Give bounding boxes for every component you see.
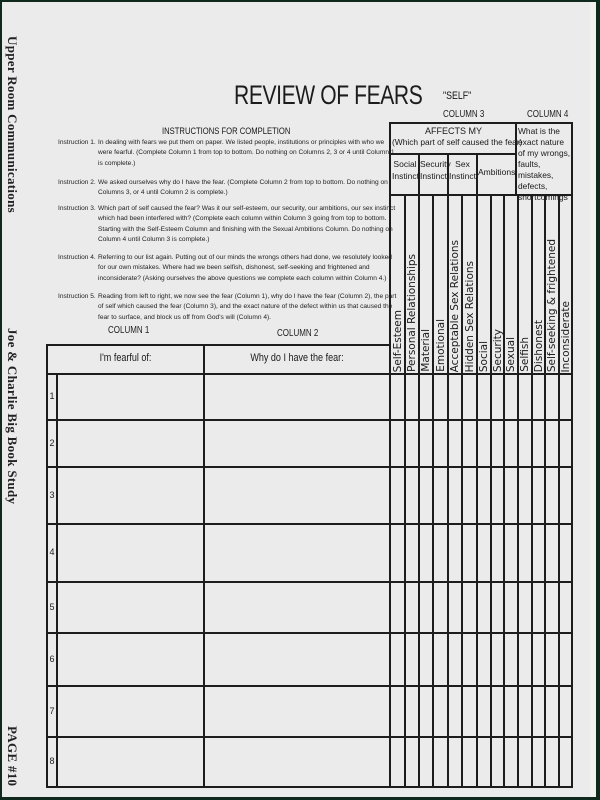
self-check-cell[interactable] bbox=[559, 467, 572, 524]
self-check-cell[interactable] bbox=[419, 467, 433, 524]
self-check-cell[interactable] bbox=[477, 524, 491, 582]
self-check-cell[interactable] bbox=[462, 524, 477, 582]
self-check-cell[interactable] bbox=[504, 467, 518, 524]
self-check-cell[interactable] bbox=[559, 737, 572, 787]
self-check-cell[interactable] bbox=[462, 633, 477, 686]
self-check-cell[interactable] bbox=[477, 582, 491, 633]
affects-divider bbox=[389, 153, 516, 155]
self-check-cell[interactable] bbox=[532, 737, 545, 787]
row-number: 3 bbox=[47, 490, 57, 500]
self-check-cell[interactable] bbox=[518, 524, 532, 582]
self-check-cell[interactable] bbox=[504, 686, 518, 737]
column-1-header: I'm fearful of: bbox=[62, 352, 189, 364]
reason-input-cell[interactable] bbox=[204, 524, 389, 582]
self-check-cell[interactable] bbox=[433, 374, 448, 420]
instruction-label: Instruction 4. bbox=[58, 253, 96, 263]
self-check-cell[interactable] bbox=[391, 582, 405, 633]
self-check-cell[interactable] bbox=[491, 737, 504, 787]
self-check-cell[interactable] bbox=[405, 582, 419, 633]
vertical-header-label: Selfish bbox=[519, 337, 532, 372]
self-check-cell[interactable] bbox=[559, 582, 572, 633]
group-ambitions: Ambitions bbox=[478, 166, 515, 178]
self-check-cell[interactable] bbox=[462, 467, 477, 524]
self-check-cell[interactable] bbox=[518, 582, 532, 633]
vertical-header-label: Sexual bbox=[505, 337, 518, 372]
vertical-header-label: Dishonest bbox=[533, 320, 545, 372]
table-row: 8 bbox=[46, 737, 573, 787]
self-check-cell[interactable] bbox=[532, 467, 545, 524]
self-check-cell[interactable] bbox=[448, 737, 462, 787]
self-check-cell[interactable] bbox=[419, 737, 433, 787]
instruction-label: Instruction 5. bbox=[58, 292, 96, 302]
self-check-cell[interactable] bbox=[419, 524, 433, 582]
self-check-cell[interactable] bbox=[559, 686, 572, 737]
self-check-cell[interactable] bbox=[391, 420, 405, 467]
self-check-cell[interactable] bbox=[532, 374, 545, 420]
self-check-cell[interactable] bbox=[491, 686, 504, 737]
self-check-cell[interactable] bbox=[504, 737, 518, 787]
fear-input-cell[interactable] bbox=[57, 737, 203, 787]
self-check-cell[interactable] bbox=[448, 420, 462, 467]
self-check-cell[interactable] bbox=[491, 633, 504, 686]
row-number: 1 bbox=[47, 391, 57, 401]
instruction-text: In dealing with fears we put them on pap… bbox=[98, 138, 398, 169]
self-check-cell[interactable] bbox=[405, 633, 419, 686]
self-check-cell[interactable] bbox=[545, 467, 559, 524]
self-check-cell[interactable] bbox=[532, 633, 545, 686]
reason-input-cell[interactable] bbox=[204, 633, 389, 686]
row-number: 2 bbox=[47, 438, 57, 448]
self-check-cell[interactable] bbox=[448, 582, 462, 633]
self-check-cell[interactable] bbox=[462, 582, 477, 633]
self-check-cell[interactable] bbox=[448, 524, 462, 582]
self-check-cell[interactable] bbox=[518, 374, 532, 420]
column-4-label: COLUMN 4 bbox=[527, 109, 568, 120]
self-check-cell[interactable] bbox=[518, 467, 532, 524]
table-row: 3 bbox=[46, 467, 573, 524]
self-check-cell[interactable] bbox=[532, 582, 545, 633]
self-check-cell[interactable] bbox=[433, 582, 448, 633]
self-check-cell[interactable] bbox=[391, 467, 405, 524]
fear-input-cell[interactable] bbox=[57, 374, 203, 420]
self-check-cell[interactable] bbox=[391, 686, 405, 737]
self-check-cell[interactable] bbox=[477, 467, 491, 524]
table-row: 5 bbox=[46, 582, 573, 633]
row-number: 5 bbox=[47, 602, 57, 612]
self-check-cell[interactable] bbox=[532, 524, 545, 582]
column-2-header: Why do I have the fear: bbox=[222, 352, 373, 364]
self-check-cell[interactable] bbox=[433, 420, 448, 467]
group-social-instinct: Social Instinct bbox=[392, 158, 418, 182]
column-4-header: What is the exact nature of my wrongs, f… bbox=[518, 126, 572, 203]
self-check-cell[interactable] bbox=[419, 374, 433, 420]
self-check-cell[interactable] bbox=[504, 374, 518, 420]
self-check-cell[interactable] bbox=[391, 737, 405, 787]
instruction-label: Instruction 1. bbox=[58, 138, 96, 148]
table-row: 4 bbox=[46, 524, 573, 582]
self-check-cell[interactable] bbox=[433, 686, 448, 737]
instruction-text: Referring to our list again. Putting out… bbox=[98, 253, 398, 284]
column-3-label: COLUMN 3 bbox=[443, 109, 484, 120]
self-check-cell[interactable] bbox=[532, 420, 545, 467]
self-check-cell[interactable] bbox=[419, 582, 433, 633]
self-check-cell[interactable] bbox=[545, 686, 559, 737]
page-number-side-text: PAGE #10 bbox=[4, 726, 20, 786]
self-check-cell[interactable] bbox=[504, 633, 518, 686]
vertical-header-label: Self-seeking & frightened bbox=[546, 239, 559, 372]
self-check-cell[interactable] bbox=[491, 374, 504, 420]
self-check-cell[interactable] bbox=[419, 420, 433, 467]
self-check-cell[interactable] bbox=[491, 524, 504, 582]
self-check-cell[interactable] bbox=[477, 686, 491, 737]
group-sex-instinct: Sex Instinct bbox=[449, 158, 476, 182]
affects-header-line1: AFFECTS MY bbox=[392, 126, 515, 137]
self-check-cell[interactable] bbox=[518, 420, 532, 467]
table-row: 7 bbox=[46, 686, 573, 737]
reason-input-cell[interactable] bbox=[204, 737, 389, 787]
self-check-cell[interactable] bbox=[405, 737, 419, 787]
table-top-border bbox=[46, 344, 391, 346]
instruction-text: Reading from left to right, we now see t… bbox=[98, 292, 398, 323]
self-check-cell[interactable] bbox=[559, 524, 572, 582]
self-check-cell[interactable] bbox=[491, 467, 504, 524]
row-number: 6 bbox=[47, 654, 57, 664]
vertical-header-label: Security bbox=[492, 329, 504, 372]
self-check-cell[interactable] bbox=[559, 633, 572, 686]
affects-header-line2: (Which part of self caused the fear) bbox=[392, 137, 515, 148]
self-check-cell[interactable] bbox=[559, 420, 572, 467]
fear-input-cell[interactable] bbox=[57, 633, 203, 686]
self-check-cell[interactable] bbox=[391, 633, 405, 686]
row-number: 4 bbox=[47, 547, 57, 557]
fear-input-cell[interactable] bbox=[57, 686, 203, 737]
self-check-cell[interactable] bbox=[433, 467, 448, 524]
reason-input-cell[interactable] bbox=[204, 374, 389, 420]
self-check-cell[interactable] bbox=[504, 582, 518, 633]
self-check-cell[interactable] bbox=[419, 633, 433, 686]
self-check-cell[interactable] bbox=[448, 686, 462, 737]
table-row: 2 bbox=[46, 420, 573, 467]
reason-input-cell[interactable] bbox=[204, 582, 389, 633]
reason-input-cell[interactable] bbox=[204, 467, 389, 524]
self-check-cell[interactable] bbox=[518, 737, 532, 787]
row-number: 7 bbox=[47, 706, 57, 716]
right-margin bbox=[590, 2, 596, 797]
self-check-cell[interactable] bbox=[477, 420, 491, 467]
vertical-header-label: Material bbox=[420, 329, 433, 372]
self-check-cell[interactable] bbox=[433, 524, 448, 582]
publisher-side-text: Upper Room Communications bbox=[4, 36, 20, 213]
study-side-text: Joe & Charlie Big Book Study bbox=[4, 328, 20, 504]
reason-input-cell[interactable] bbox=[204, 420, 389, 467]
self-check-cell[interactable] bbox=[405, 686, 419, 737]
self-check-cell[interactable] bbox=[405, 374, 419, 420]
self-check-cell[interactable] bbox=[545, 524, 559, 582]
self-check-cell[interactable] bbox=[477, 737, 491, 787]
self-check-cell[interactable] bbox=[477, 633, 491, 686]
self-check-cell[interactable] bbox=[462, 374, 477, 420]
header-box-top bbox=[389, 122, 573, 124]
instructions-heading: INSTRUCTIONS FOR COMPLETION bbox=[162, 126, 290, 136]
self-check-cell[interactable] bbox=[462, 686, 477, 737]
column-1-label: COLUMN 1 bbox=[108, 325, 149, 336]
self-label: "SELF" bbox=[443, 90, 471, 102]
self-check-cell[interactable] bbox=[405, 524, 419, 582]
self-check-cell[interactable] bbox=[518, 686, 532, 737]
page-title: REVIEW OF FEARS bbox=[234, 80, 422, 111]
self-check-cell[interactable] bbox=[433, 633, 448, 686]
self-check-cell[interactable] bbox=[462, 737, 477, 787]
self-check-cell[interactable] bbox=[545, 582, 559, 633]
col3-col4-divider bbox=[515, 122, 517, 195]
instruction-text: Which part of self caused the fear? Was … bbox=[98, 204, 398, 246]
self-check-cell[interactable] bbox=[491, 582, 504, 633]
vertical-header-label: Social bbox=[478, 341, 491, 372]
self-check-cell[interactable] bbox=[545, 374, 559, 420]
self-check-cell[interactable] bbox=[462, 420, 477, 467]
self-check-cell[interactable] bbox=[405, 420, 419, 467]
column-2-label: COLUMN 2 bbox=[277, 328, 318, 339]
vertical-header-label: Personal Relationships bbox=[406, 254, 419, 372]
self-check-cell[interactable] bbox=[545, 420, 559, 467]
affects-header: AFFECTS MY (Which part of self caused th… bbox=[392, 126, 515, 148]
table-row: 1 bbox=[46, 374, 573, 420]
fear-input-cell[interactable] bbox=[57, 420, 203, 467]
row-number: 8 bbox=[47, 756, 57, 766]
self-check-cell[interactable] bbox=[559, 374, 572, 420]
self-check-cell[interactable] bbox=[532, 686, 545, 737]
self-check-cell[interactable] bbox=[545, 737, 559, 787]
worksheet-page: Upper Room Communications Joe & Charlie … bbox=[2, 2, 596, 797]
vertical-header-label: Acceptable Sex Relations bbox=[449, 240, 462, 372]
instruction-text: We asked ourselves why do I have the fea… bbox=[98, 178, 398, 199]
self-check-cell[interactable] bbox=[448, 467, 462, 524]
self-check-cell[interactable] bbox=[448, 374, 462, 420]
table-row: 6 bbox=[46, 633, 573, 686]
self-check-cell[interactable] bbox=[504, 524, 518, 582]
self-check-cell[interactable] bbox=[391, 524, 405, 582]
self-check-cell[interactable] bbox=[491, 420, 504, 467]
fear-input-cell[interactable] bbox=[57, 582, 203, 633]
self-check-cell[interactable] bbox=[391, 374, 405, 420]
fear-input-cell[interactable] bbox=[57, 524, 203, 582]
vertical-header-label: Hidden Sex Relations bbox=[463, 261, 477, 372]
self-check-cell[interactable] bbox=[477, 374, 491, 420]
self-check-cell[interactable] bbox=[504, 420, 518, 467]
self-check-cell[interactable] bbox=[448, 633, 462, 686]
self-check-cell[interactable] bbox=[545, 633, 559, 686]
instruction-label: Instruction 2. bbox=[58, 178, 96, 188]
vertical-header-label: Emotional bbox=[434, 319, 448, 372]
reason-input-cell[interactable] bbox=[204, 686, 389, 737]
fear-input-cell[interactable] bbox=[57, 467, 203, 524]
self-check-cell[interactable] bbox=[405, 467, 419, 524]
vertical-header-label: Self-Esteem bbox=[392, 310, 405, 372]
self-check-cell[interactable] bbox=[518, 633, 532, 686]
self-check-cell[interactable] bbox=[433, 737, 448, 787]
self-check-cell[interactable] bbox=[419, 686, 433, 737]
instruction-label: Instruction 3. bbox=[58, 204, 96, 214]
vertical-header-label: Inconsiderate bbox=[560, 301, 572, 372]
group-security-instinct: Security Instinct bbox=[420, 158, 447, 182]
